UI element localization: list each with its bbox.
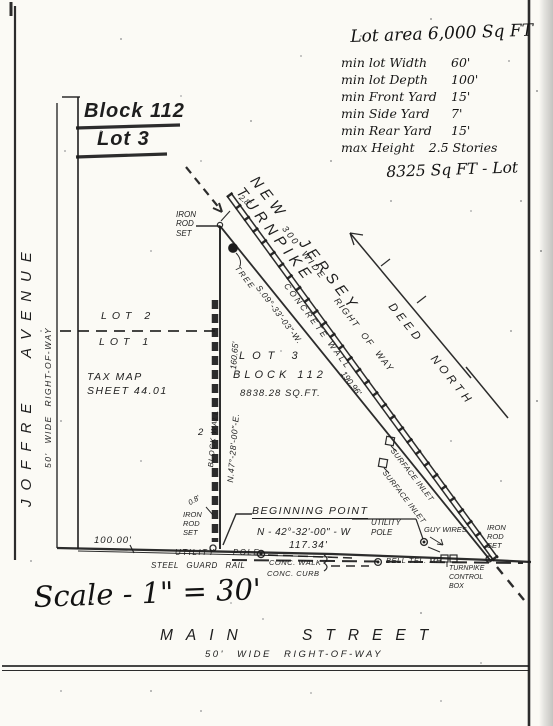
- zoning-label: min Side Yard: [341, 106, 430, 121]
- row-note-joffre: 50' WIDE RIGHT-OF-WAY: [43, 218, 53, 468]
- parcel-callout-block: Block 112: [84, 100, 185, 124]
- zoning-label: min lot Width: [341, 55, 427, 70]
- parcel-callout-lot: Lot 3: [97, 128, 150, 152]
- guy-wires-label: GUY WIRES: [424, 526, 467, 535]
- length-south-line: 117.34': [289, 540, 328, 552]
- zoning-row: min lot Depth 100': [341, 72, 511, 87]
- tree-symbol: [229, 244, 241, 266]
- zoning-row: max Height 2.5 Stories: [341, 140, 511, 155]
- bearing-south-line: N - 42°-32'-00" - W: [257, 527, 350, 539]
- photocopy-speckles: [0, 0, 2, 2]
- zoning-label: min Rear Yard: [341, 123, 432, 138]
- zoning-value: 15': [451, 123, 470, 138]
- zoning-label: min Front Yard: [341, 89, 437, 104]
- zoning-row: min Side Yard 7': [341, 106, 511, 121]
- joffre-avenue-lines: [57, 97, 80, 549]
- lot3-block: BLOCK 112: [233, 369, 327, 382]
- zoning-value: 2.5 Stories: [429, 140, 498, 155]
- zoning-value: 100': [451, 72, 478, 87]
- wall-note: 2: [198, 427, 203, 438]
- steel-guard-rail-label: STEEL GUARD RAIL: [151, 561, 245, 570]
- conc-walk-label: CONC. WALK: [269, 559, 321, 568]
- beginning-point-leader: [223, 514, 252, 545]
- scan-edge-shadow: [539, 0, 553, 726]
- zoning-row: min Front Yard 15': [341, 89, 511, 104]
- beginning-point-label: BEGINNING POINT: [252, 505, 368, 519]
- bell-tel-mh-label: BELL TEL. MH.: [386, 557, 444, 566]
- lot2-label: LOT 2: [101, 310, 155, 322]
- street-name-joffre: JOFFRE AVENUE: [18, 207, 36, 507]
- zoning-value: 15': [451, 89, 470, 104]
- lot3-area: 8838.28 SQ.FT.: [240, 388, 321, 399]
- zoning-row: min lot Width 60': [341, 55, 511, 70]
- zoning-label: min lot Depth: [341, 72, 428, 87]
- main-street-lines: [2, 666, 529, 671]
- iron-rod-label-bottom-left: IRON ROD SET: [183, 511, 213, 538]
- zoning-value: 60': [451, 55, 470, 70]
- iron-rod-label-top: IRON ROD SET: [176, 210, 206, 238]
- lot3-name: LOT 3: [239, 350, 305, 363]
- conc-curb-label: CONC. CURB: [267, 570, 320, 579]
- survey-plat-scan: Lot area 6,000 Sq FT min lot Width 60' m…: [0, 0, 553, 726]
- joffre-frontage-length: 100.00': [94, 535, 132, 546]
- lot-label-underline: [76, 154, 167, 157]
- lot1-label: LOT 1: [99, 336, 153, 348]
- street-name-main: MAIN STREET: [160, 627, 441, 645]
- guy-wire-arrow: [430, 537, 443, 545]
- iron-rod-label-bottom-right: IRON ROD SET: [487, 524, 515, 551]
- zoning-label: max Height: [341, 140, 415, 155]
- row-note-main: 50' WIDE RIGHT-OF-WAY: [205, 649, 383, 660]
- utility-pole-label-bottom: UTILITY POLE: [175, 548, 260, 557]
- walk-curb-brace: [324, 555, 327, 571]
- zoning-value: 7': [451, 106, 462, 121]
- zoning-row: min Rear Yard 15': [341, 123, 511, 138]
- turnpike-control-box-label: TURNPIKE CONTROL BOX: [449, 564, 484, 591]
- tax-map-label: TAX MAP SHEET 44.01: [87, 370, 168, 398]
- utility-pole-label-right: UTILITY POLE: [371, 518, 401, 537]
